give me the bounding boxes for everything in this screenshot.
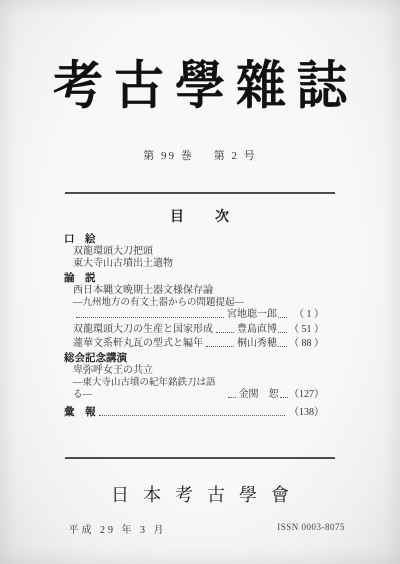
toc-heading-char-left: 目 (170, 206, 185, 226)
frontispiece-item: 東大寺山古墳出土遺物 (64, 258, 324, 270)
lecture-page: （127） (289, 389, 324, 401)
lecture-title: 卑弥呼女王の共立 (64, 365, 324, 377)
dot-leader (278, 346, 287, 347)
toc-heading-char-right: 次 (215, 206, 230, 226)
dot-leader (278, 332, 287, 333)
lecture-author: 金関 恕 (239, 389, 279, 401)
volume-label: 第 99 巻 (143, 147, 194, 163)
article-page: （ 51 ） (288, 324, 324, 336)
bulletin-row: 彙 報 （138） (64, 407, 324, 419)
issue-label: 第 2 号 (214, 147, 257, 163)
journal-title: 考古學雜誌 (0, 55, 400, 117)
issn-number: ISSN 0003-8075 (277, 522, 345, 532)
article-author: 豊島直博 (237, 324, 277, 336)
dot-leader (280, 397, 288, 398)
bulletin-page: （138） (288, 407, 324, 419)
section-label-bulletin: 彙 報 (64, 407, 96, 419)
journal-cover: 考古學雜誌 第 99 巻 第 2 号 目 次 口 絵 双龍環頭大刀把頭 東大寺山… (0, 0, 400, 564)
divider-top (65, 192, 335, 194)
section-label-frontispiece: 口 絵 (64, 234, 324, 246)
dot-leader (99, 415, 286, 416)
article-page: （ 88 ） (288, 338, 324, 350)
publication-date: 平成 29 年 3 月 (0, 521, 235, 536)
article-subtitle: ―九州地方の有文土器からの問題提起― (64, 297, 324, 309)
article-author: 宮地聡一郎 (227, 309, 277, 321)
lecture-subtitle: ―東大寺山古墳の紀年銘鉄刀は語る― (73, 377, 225, 401)
article-author: 桐山秀穂 (237, 338, 277, 350)
article-title: 西日本縄文晩期土器文様保存論 (64, 285, 324, 297)
toc-heading: 目 次 (0, 206, 400, 226)
article-page: （ 1 ） (288, 309, 324, 321)
lecture-entry-row: ―東大寺山古墳の紀年銘鉄刀は語る― 金関 恕 （127） (64, 377, 324, 401)
dot-leader (278, 317, 287, 318)
article-entry-row: 宮地聡一郎 （ 1 ） (64, 309, 324, 321)
dot-leader (216, 332, 234, 333)
dot-leader (76, 317, 224, 318)
section-label-lecture: 総会記念講演 (64, 353, 324, 365)
footer-line: 平成 29 年 3 月 ISSN 0003-8075 (0, 521, 345, 535)
section-label-articles: 論 説 (64, 273, 324, 285)
table-of-contents: 口 絵 双龍環頭大刀把頭 東大寺山古墳出土遺物 論 説 西日本縄文晩期土器文様保… (64, 234, 324, 419)
article-entry-row: 蓮華文系軒丸瓦の型式と編年 桐山秀穂 （ 88 ） (64, 338, 324, 350)
volume-issue-line: 第 99 巻 第 2 号 (0, 147, 400, 163)
article-entry-row: 双龍環頭大刀の生産と国家形成 豊島直博 （ 51 ） (64, 324, 324, 336)
dot-leader (206, 346, 234, 347)
article-title: 蓮華文系軒丸瓦の型式と編年 (73, 338, 203, 350)
divider-bottom (65, 457, 335, 459)
dot-leader (228, 397, 236, 398)
frontispiece-item: 双龍環頭大刀把頭 (64, 246, 324, 258)
article-title: 双龍環頭大刀の生産と国家形成 (73, 324, 213, 336)
publisher-name: 日本考古學會 (0, 481, 400, 507)
